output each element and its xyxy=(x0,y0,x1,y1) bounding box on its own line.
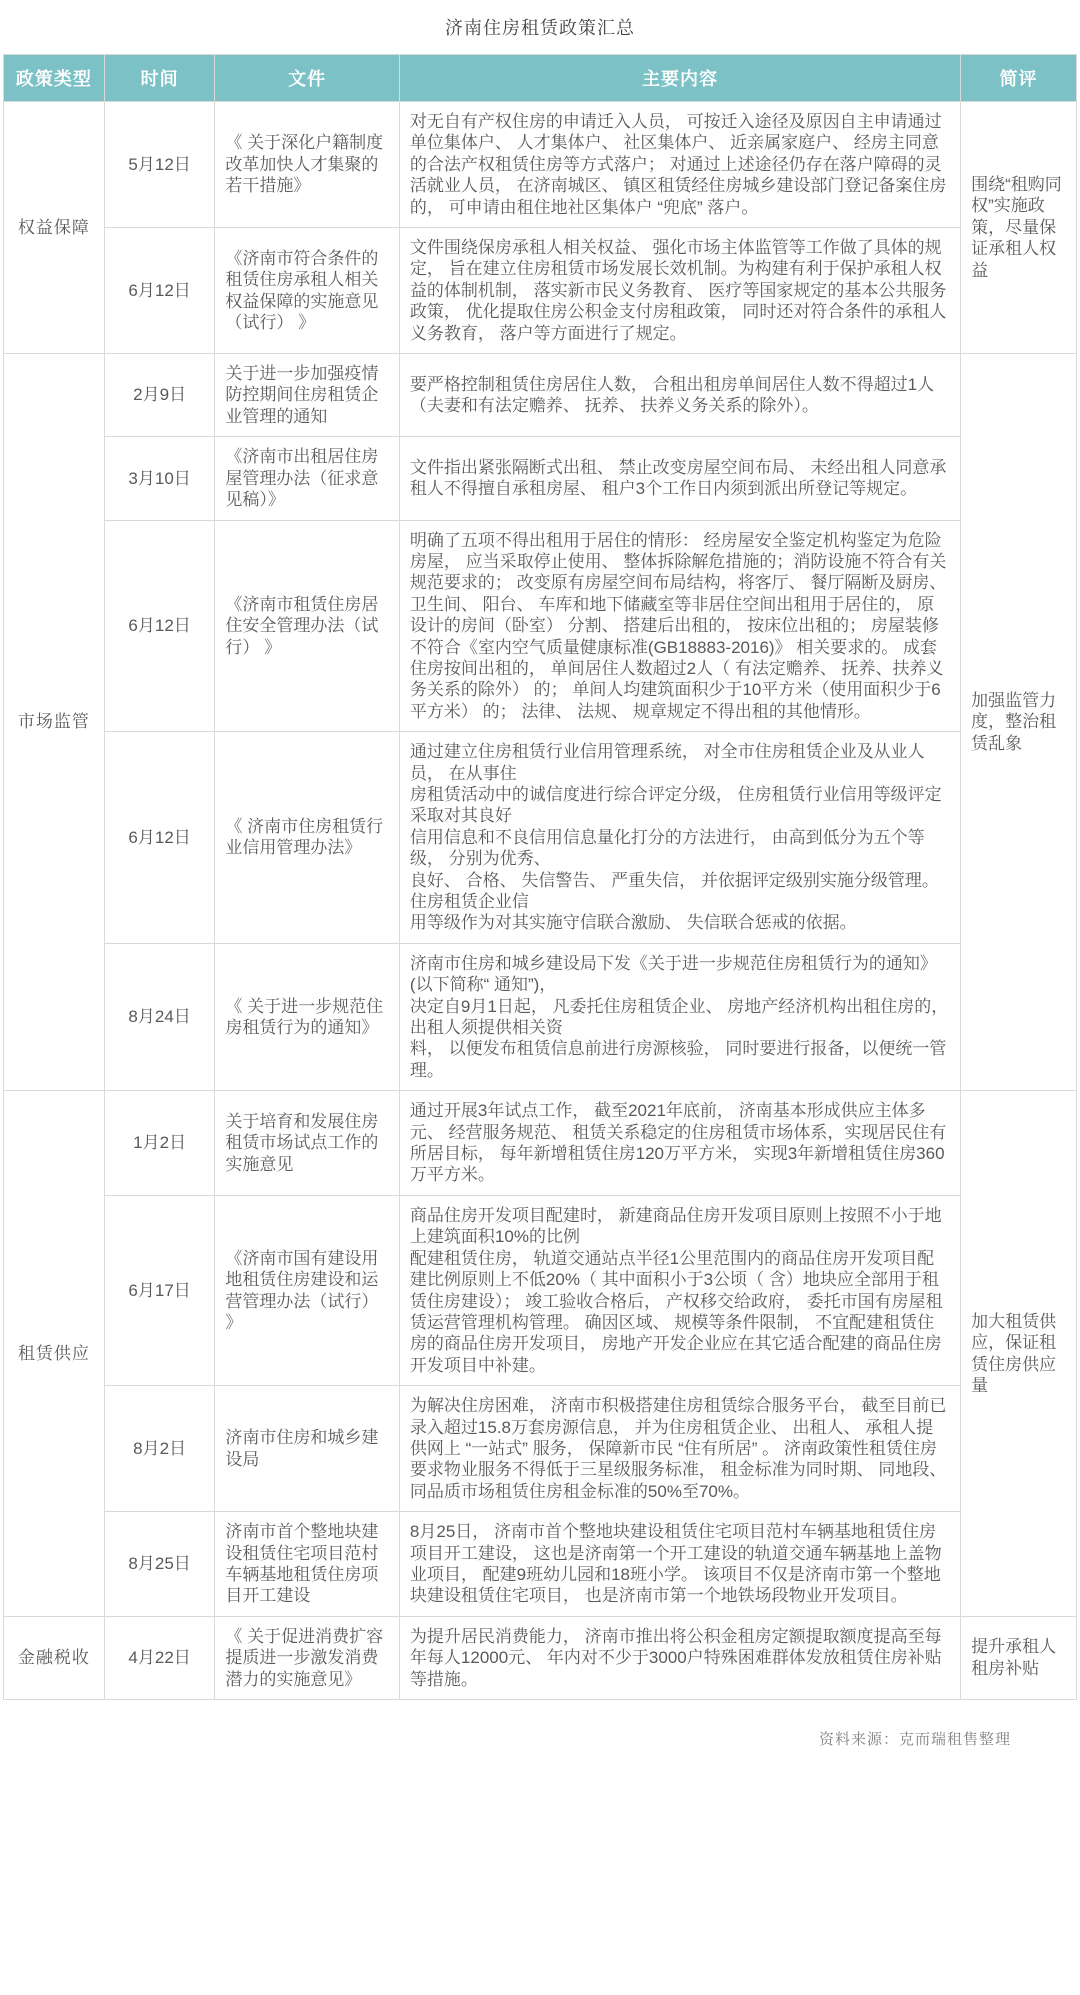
document-cell: 《 济南市住房租赁行业信用管理办法》 xyxy=(215,732,400,944)
policy-type-cell: 金融税收 xyxy=(4,1616,105,1699)
document-cell: 济南市住房和城乡建设局 xyxy=(215,1386,400,1512)
table-row: 6月12日《济南市符合条件的租赁住房承租人相关权益保障的实施意见（试行） 》文件… xyxy=(4,228,1077,354)
document-cell: 关于培育和发展住房租赁市场试点工作的实施意见 xyxy=(215,1091,400,1196)
comment-cell: 提升承租人租房补贴 xyxy=(961,1616,1077,1699)
main-content-cell: 通过建立住房租赁行业信用管理系统， 对全市住房租赁企业及从业人员， 在从事住 房… xyxy=(399,732,960,944)
time-cell: 6月12日 xyxy=(104,520,215,732)
table-header-row: 政策类型 时间 文件 主要内容 简评 xyxy=(4,55,1077,102)
document-cell: 关于进一步加强疫情防控期间住房租赁企业管理的通知 xyxy=(215,354,400,437)
document-cell: 《济南市出租居住房屋管理办法（征求意见稿）》 xyxy=(215,437,400,520)
main-content-cell: 要严格控制租赁住房居住人数， 合租出租房单间居住人数不得超过1人（夫妻和有法定赡… xyxy=(399,354,960,437)
time-cell: 6月17日 xyxy=(104,1195,215,1385)
column-header-main-content: 主要内容 xyxy=(399,55,960,102)
policy-type-cell: 权益保障 xyxy=(4,102,105,354)
time-cell: 8月24日 xyxy=(104,943,215,1090)
table-row: 租赁供应1月2日关于培育和发展住房租赁市场试点工作的实施意见通过开展3年试点工作… xyxy=(4,1091,1077,1196)
column-header-time: 时间 xyxy=(104,55,215,102)
time-cell: 1月2日 xyxy=(104,1091,215,1196)
column-header-document: 文件 xyxy=(215,55,400,102)
main-content-cell: 明确了五项不得出租用于居住的情形： 经房屋安全鉴定机构鉴定为危险房屋， 应当采取… xyxy=(399,520,960,732)
time-cell: 6月12日 xyxy=(104,732,215,944)
table-row: 权益保障5月12日《 关于深化户籍制度改革加快人才集聚的若干措施》对无自有产权住… xyxy=(4,102,1077,228)
document-cell: 《 关于深化户籍制度改革加快人才集聚的若干措施》 xyxy=(215,102,400,228)
time-cell: 4月22日 xyxy=(104,1616,215,1699)
table-row: 6月12日《济南市租赁住房居住安全管理办法（试行） 》明确了五项不得出租用于居住… xyxy=(4,520,1077,732)
source-note: 资料来源：克而瑞租售整理 xyxy=(3,1700,1077,1755)
document-cell: 济南市首个整地块建设租赁住宅项目范村车辆基地租赁住房项目开工建设 xyxy=(215,1512,400,1617)
table-row: 市场监管2月9日关于进一步加强疫情防控期间住房租赁企业管理的通知要严格控制租赁住… xyxy=(4,354,1077,437)
page-title: 济南住房租赁政策汇总 xyxy=(3,8,1077,54)
table-row: 8月2日济南市住房和城乡建设局为解决住房困难， 济南市积极搭建住房租赁综合服务平… xyxy=(4,1386,1077,1512)
document-cell: 《济南市租赁住房居住安全管理办法（试行） 》 xyxy=(215,520,400,732)
main-content-cell: 为解决住房困难， 济南市积极搭建住房租赁综合服务平台， 截至目前已录入超过15.… xyxy=(399,1386,960,1512)
main-content-cell: 对无自有产权住房的申请迁入人员， 可按迁入途径及原因自主申请通过单位集体户、 人… xyxy=(399,102,960,228)
table-row: 金融税收4月22日《 关于促进消费扩容提质进一步激发消费潜力的实施意见》为提升居… xyxy=(4,1616,1077,1699)
time-cell: 8月2日 xyxy=(104,1386,215,1512)
main-content-cell: 文件围绕保房承租人相关权益、 强化市场主体监管等工作做了具体的规定， 旨在建立住… xyxy=(399,228,960,354)
comment-cell: 加强监管力度，整治租赁乱象 xyxy=(961,354,1077,1091)
main-content-cell: 为提升居民消费能力， 济南市推出将公积金租房定额提取额度提高至每年每人12000… xyxy=(399,1616,960,1699)
time-cell: 3月10日 xyxy=(104,437,215,520)
table-row: 6月17日《济南市国有建设用地租赁住房建设和运营管理办法（试行） 》商品住房开发… xyxy=(4,1195,1077,1385)
time-cell: 5月12日 xyxy=(104,102,215,228)
column-header-comment: 简评 xyxy=(961,55,1077,102)
document-cell: 《济南市国有建设用地租赁住房建设和运营管理办法（试行） 》 xyxy=(215,1195,400,1385)
document-cell: 《 关于进一步规范住房租赁行为的通知》 xyxy=(215,943,400,1090)
main-content-cell: 济南市住房和城乡建设局下发《关于进一步规范住房租赁行为的通知》(以下简称“ 通知… xyxy=(399,943,960,1090)
policy-table: 政策类型 时间 文件 主要内容 简评 权益保障5月12日《 关于深化户籍制度改革… xyxy=(3,54,1077,1700)
page: 济南住房租赁政策汇总 政策类型 时间 文件 主要内容 简评 权益保障5月12日《… xyxy=(0,0,1080,1767)
table-row: 8月25日济南市首个整地块建设租赁住宅项目范村车辆基地租赁住房项目开工建设8月2… xyxy=(4,1512,1077,1617)
table-row: 6月12日《 济南市住房租赁行业信用管理办法》通过建立住房租赁行业信用管理系统，… xyxy=(4,732,1077,944)
main-content-cell: 8月25日， 济南市首个整地块建设租赁住宅项目范村车辆基地租赁住房项目开工建设，… xyxy=(399,1512,960,1617)
table-row: 3月10日《济南市出租居住房屋管理办法（征求意见稿）》文件指出紧张隔断式出租、 … xyxy=(4,437,1077,520)
main-content-cell: 通过开展3年试点工作， 截至2021年底前， 济南基本形成供应主体多元、 经营服… xyxy=(399,1091,960,1196)
time-cell: 2月9日 xyxy=(104,354,215,437)
column-header-policy-type: 政策类型 xyxy=(4,55,105,102)
main-content-cell: 文件指出紧张隔断式出租、 禁止改变房屋空间布局、 未经出租人同意承租人不得擅自承… xyxy=(399,437,960,520)
document-cell: 《 关于促进消费扩容提质进一步激发消费潜力的实施意见》 xyxy=(215,1616,400,1699)
table-row: 8月24日《 关于进一步规范住房租赁行为的通知》济南市住房和城乡建设局下发《关于… xyxy=(4,943,1077,1090)
main-content-cell: 商品住房开发项目配建时， 新建商品住房开发项目原则上按照不小于地上建筑面积10%… xyxy=(399,1195,960,1385)
document-cell: 《济南市符合条件的租赁住房承租人相关权益保障的实施意见（试行） 》 xyxy=(215,228,400,354)
table-body: 权益保障5月12日《 关于深化户籍制度改革加快人才集聚的若干措施》对无自有产权住… xyxy=(4,102,1077,1700)
time-cell: 8月25日 xyxy=(104,1512,215,1617)
comment-cell: 加大租赁供应，保证租赁住房供应量 xyxy=(961,1091,1077,1617)
policy-type-cell: 租赁供应 xyxy=(4,1091,105,1617)
time-cell: 6月12日 xyxy=(104,228,215,354)
comment-cell: 围绕“租购同权”实施政策，尽量保证承租人权益 xyxy=(961,102,1077,354)
policy-type-cell: 市场监管 xyxy=(4,354,105,1091)
